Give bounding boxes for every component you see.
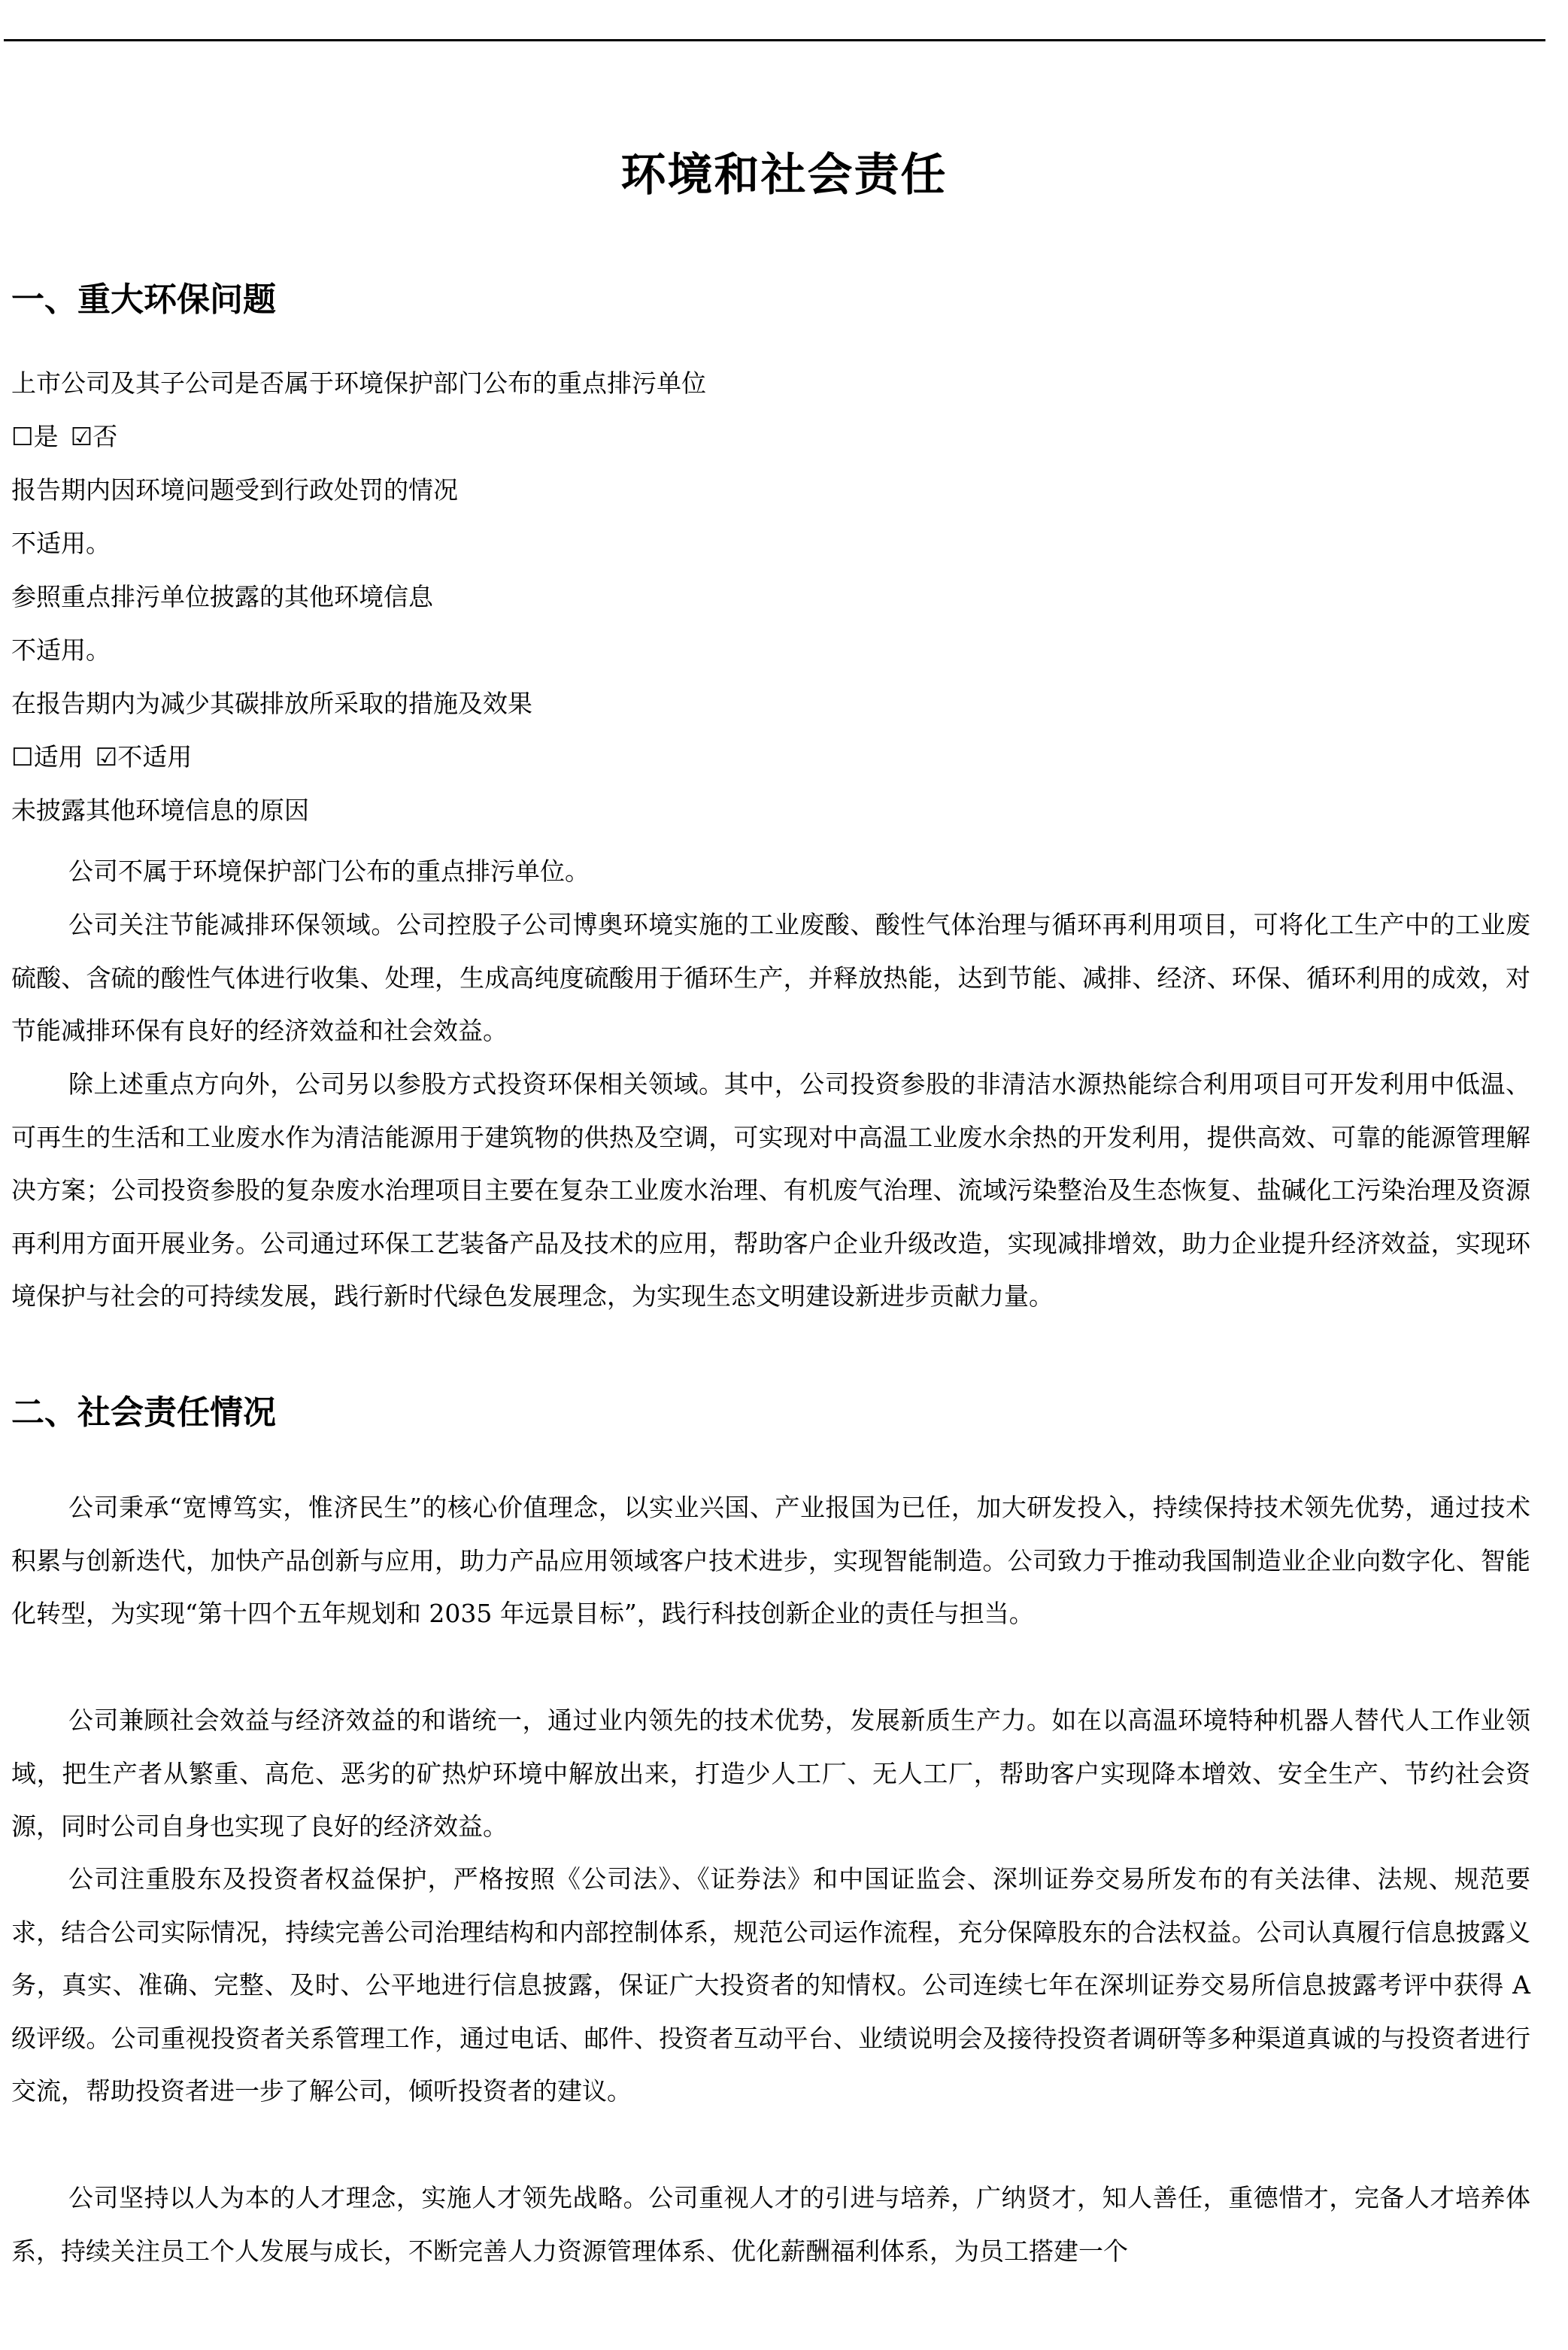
option-label: 适用 [34, 742, 83, 772]
question-key-polluter: 上市公司及其子公司是否属于环境保护部门公布的重点排污单位 [11, 368, 706, 399]
checkbox-unchecked-icon[interactable]: ☐ [11, 422, 34, 451]
section-heading-environment: 一、重大环保问题 [11, 272, 276, 320]
option-label: 是 [34, 422, 59, 451]
option-applicable[interactable]: ☐适用 [11, 742, 83, 772]
header-rule [4, 39, 1545, 41]
choice-carbon-measures: ☐适用☑不适用 [11, 742, 204, 772]
question-other-env-info: 参照重点排污单位披露的其他环境信息 [11, 582, 433, 612]
choice-key-polluter: ☐是☑否 [11, 422, 129, 452]
option-no[interactable]: ☑否 [71, 422, 118, 451]
paragraph-shareholder-protection: 公司注重股东及投资者权益保护，严格按照《公司法》、《证券法》和中国证监会、深圳证… [11, 1853, 1530, 2118]
paragraph-env-investments: 除上述重点方向外，公司另以参股方式投资环保相关领域。其中，公司投资参股的非清洁水… [11, 1058, 1530, 1324]
option-label: 否 [93, 422, 117, 451]
question-penalties: 报告期内因环境问题受到行政处罚的情况 [11, 475, 458, 505]
paragraph-social-economic: 公司兼顾社会效益与经济效益的和谐统一，通过业内领先的技术优势，发展新质生产力。如… [11, 1694, 1530, 1854]
paragraph-energy-saving: 公司关注节能减排环保领域。公司控股子公司博奥环境实施的工业废酸、酸性气体治理与循… [11, 899, 1530, 1058]
question-nondisclosure-reason: 未披露其他环境信息的原因 [11, 796, 309, 826]
checkbox-checked-icon[interactable]: ☑ [71, 422, 93, 451]
page-title: 环境和社会责任 [0, 139, 1568, 204]
option-label: 不适用 [117, 742, 192, 772]
paragraph-not-key-polluter: 公司不属于环境保护部门公布的重点排污单位。 [11, 845, 1530, 899]
option-not-applicable[interactable]: ☑不适用 [96, 742, 193, 772]
option-yes[interactable]: ☐是 [11, 422, 59, 451]
checkbox-checked-icon[interactable]: ☑ [96, 742, 118, 772]
section-heading-social: 二、社会责任情况 [11, 1385, 276, 1433]
paragraph-core-values: 公司秉承“宽博笃实，惟济民生”的核心价值理念，以实业兴国、产业报国为已任，加大研… [11, 1481, 1530, 1641]
paragraph-talent: 公司坚持以人为本的人才理念，实施人才领先战略。公司重视人才的引进与培养，广纳贤才… [11, 2172, 1530, 2278]
question-carbon-measures: 在报告期内为减少其碳排放所采取的措施及效果 [11, 689, 532, 719]
answer-penalties: 不适用。 [11, 529, 111, 559]
answer-other-env-info: 不适用。 [11, 635, 111, 666]
checkbox-unchecked-icon[interactable]: ☐ [11, 742, 34, 772]
